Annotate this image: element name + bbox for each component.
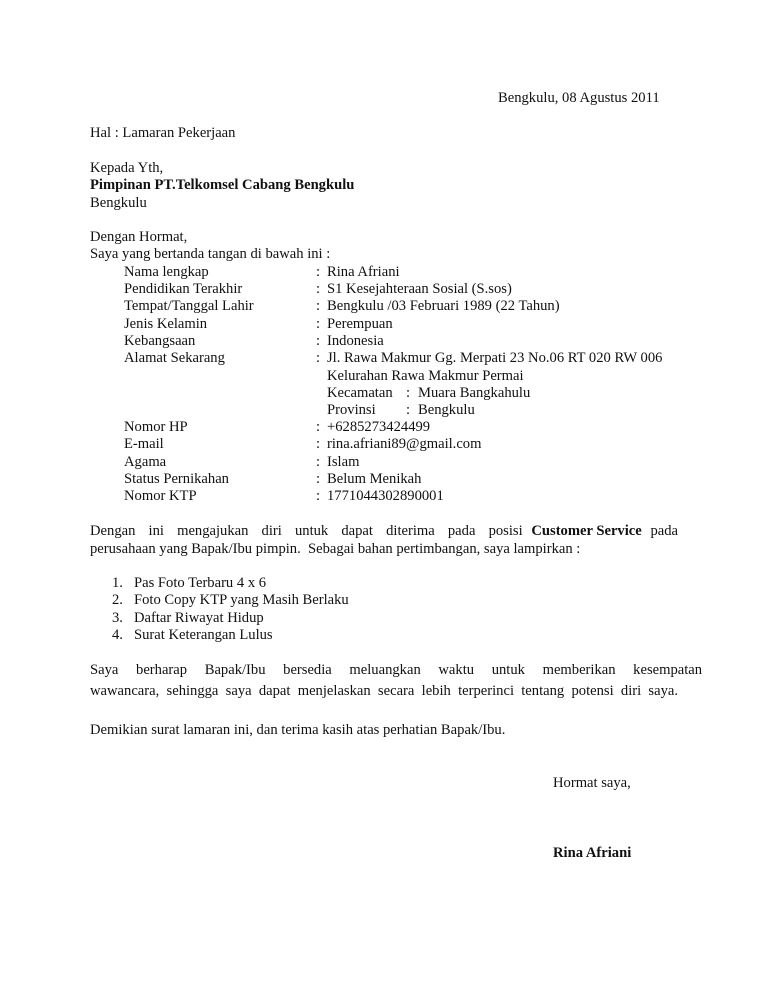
closing-paragraph: Demikian surat lamaran ini, dan terima k… [90, 722, 505, 739]
field-row: Nomor HP : +6285273424499 [0, 419, 768, 436]
field-label: Kebangsaan [124, 333, 195, 350]
recipient-salutation: Kepada Yth, [90, 160, 163, 177]
field-value: Perempuan [327, 316, 393, 333]
field-colon: : [316, 316, 320, 333]
recipient-name: Pimpinan PT.Telkomsel Cabang Bengkulu [90, 177, 354, 194]
field-label: Jenis Kelamin [124, 316, 207, 333]
greeting: Dengan Hormat, [90, 229, 187, 246]
field-colon: : [316, 471, 320, 488]
field-colon: : [316, 454, 320, 471]
intro-line: Saya yang bertanda tangan di bawah ini : [90, 246, 330, 263]
field-row: Alamat Sekarang : Jl. Rawa Makmur Gg. Me… [0, 350, 768, 367]
field-label: Nomor HP [124, 419, 188, 436]
kecamatan-colon: : [406, 385, 410, 402]
body-paragraph-2-line-2: wawancara, sehingga saya dapat menjelask… [90, 683, 678, 700]
provinsi-value: Bengkulu [418, 402, 475, 419]
position-applied: Customer Service [531, 523, 641, 540]
field-value: Islam [327, 454, 359, 471]
field-value: Rina Afriani [327, 264, 400, 281]
field-label: Status Pernikahan [124, 471, 229, 488]
field-row: Pendidikan Terakhir : S1 Kesejahteraan S… [0, 281, 768, 298]
place-date: Bengkulu, 08 Agustus 2011 [498, 90, 660, 107]
field-value: Belum Menikah [327, 471, 421, 488]
subject-line: Hal : Lamaran Pekerjaan [90, 125, 235, 142]
field-label: Tempat/Tanggal Lahir [124, 298, 254, 315]
kecamatan-value: Muara Bangkahulu [418, 385, 530, 402]
body-paragraph-2-line-1: Saya berharap Bapak/Ibu bersedia meluang… [90, 662, 678, 679]
field-colon: : [316, 264, 320, 281]
list-text: Foto Copy KTP yang Masih Berlaku [134, 592, 349, 609]
list-number: 2. [112, 592, 123, 609]
field-label: Nama lengkap [124, 264, 209, 281]
field-row: E-mail : rina.afriani89@gmail.com [0, 436, 768, 453]
provinsi-label: Provinsi [327, 402, 376, 419]
recipient-city: Bengkulu [90, 195, 147, 212]
address-provinsi-row: Provinsi : Bengkulu [0, 402, 768, 419]
list-number: 3. [112, 610, 123, 627]
body-paragraph-1-line-2: perusahaan yang Bapak/Ibu pimpin. Sebaga… [90, 541, 580, 558]
field-value: rina.afriani89@gmail.com [327, 436, 481, 453]
field-label: Agama [124, 454, 166, 471]
field-value: +6285273424499 [327, 419, 430, 436]
field-value: S1 Kesejahteraan Sosial (S.sos) [327, 281, 512, 298]
field-row: Tempat/Tanggal Lahir : Bengkulu /03 Febr… [0, 298, 768, 315]
body1-pre: Dengan ini mengajukan diri untuk dapat d… [90, 523, 523, 540]
signature-name: Rina Afriani [553, 845, 631, 862]
field-colon: : [316, 333, 320, 350]
field-row: Kebangsaan : Indonesia [0, 333, 768, 350]
list-text: Surat Keterangan Lulus [134, 627, 273, 644]
address-kelurahan: Kelurahan Rawa Makmur Permai [327, 368, 524, 385]
field-value: Jl. Rawa Makmur Gg. Merpati 23 No.06 RT … [327, 350, 662, 367]
field-colon: : [316, 298, 320, 315]
field-colon: : [316, 419, 320, 436]
field-colon: : [316, 350, 320, 367]
body1-post: pada [650, 523, 678, 540]
field-label: E-mail [124, 436, 164, 453]
field-label: Pendidikan Terakhir [124, 281, 242, 298]
list-text: Pas Foto Terbaru 4 x 6 [134, 575, 266, 592]
field-row: Nama lengkap : Rina Afriani [0, 264, 768, 281]
field-row: Status Pernikahan : Belum Menikah [0, 471, 768, 488]
field-value: 1771044302890001 [327, 488, 444, 505]
list-number: 4. [112, 627, 123, 644]
field-row: Nomor KTP : 1771044302890001 [0, 488, 768, 505]
field-label: Alamat Sekarang [124, 350, 225, 367]
kecamatan-label: Kecamatan [327, 385, 393, 402]
address-line-2: Kelurahan Rawa Makmur Permai [0, 368, 768, 385]
field-row: Jenis Kelamin : Perempuan [0, 316, 768, 333]
provinsi-colon: : [406, 402, 410, 419]
body-paragraph-1-line-1: Dengan ini mengajukan diri untuk dapat d… [90, 523, 678, 540]
address-kecamatan-row: Kecamatan : Muara Bangkahulu [0, 385, 768, 402]
field-colon: : [316, 281, 320, 298]
field-value: Indonesia [327, 333, 384, 350]
field-colon: : [316, 436, 320, 453]
list-text: Daftar Riwayat Hidup [134, 610, 264, 627]
field-label: Nomor KTP [124, 488, 197, 505]
field-value: Bengkulu /03 Februari 1989 (22 Tahun) [327, 298, 560, 315]
field-colon: : [316, 488, 320, 505]
list-number: 1. [112, 575, 123, 592]
field-row: Agama : Islam [0, 454, 768, 471]
sign-off: Hormat saya, [553, 775, 631, 792]
